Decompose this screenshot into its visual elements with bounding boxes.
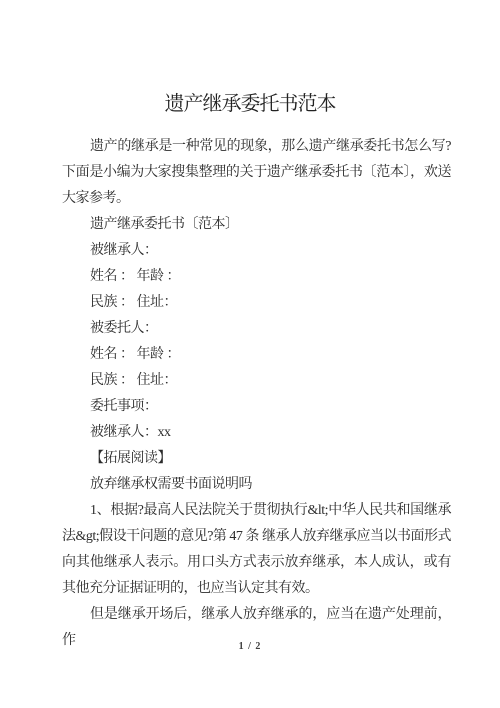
document-page: 遗产继承委托书范本 遗产的继承是一种常见的现象，那么遗产继承委托书怎么写?下面是…	[0, 0, 500, 708]
paragraph-extended-reading-header: 【拓展阅读】	[62, 446, 451, 472]
paragraph-legal-basis: 1、根据?最高人民法院关于贯彻执行&lt;中华人民共和国继承法&gt;假设干问题…	[62, 498, 451, 602]
paragraph-decedent-xx: 被继承人：xx	[62, 420, 451, 446]
page-title: 遗产继承委托书范本	[0, 91, 500, 117]
paragraph-ethnicity-address-2: 民族 ： 住址：	[62, 368, 451, 394]
page-number: 1 / 2	[0, 640, 500, 654]
paragraph-decedent: 被继承人：	[62, 238, 451, 264]
paragraph-intro: 遗产的继承是一种常见的现象，那么遗产继承委托书怎么写?下面是小编为大家搜集整理的…	[62, 134, 451, 212]
paragraph-ethnicity-address-1: 民族 ： 住址：	[62, 290, 451, 316]
paragraph-entrusted-matters: 委托事项：	[62, 394, 451, 420]
paragraph-subtitle: 遗产继承委托书〔范本〕	[62, 212, 451, 238]
paragraph-name-age-2: 姓名 ： 年龄 ：	[62, 342, 451, 368]
document-body: 遗产的继承是一种常见的现象，那么遗产继承委托书怎么写?下面是小编为大家搜集整理的…	[62, 134, 451, 654]
paragraph-name-age-1: 姓名 ： 年龄 ：	[62, 264, 451, 290]
paragraph-trustee: 被委托人：	[62, 316, 451, 342]
paragraph-question: 放弃继承权需要书面说明吗	[62, 472, 451, 498]
